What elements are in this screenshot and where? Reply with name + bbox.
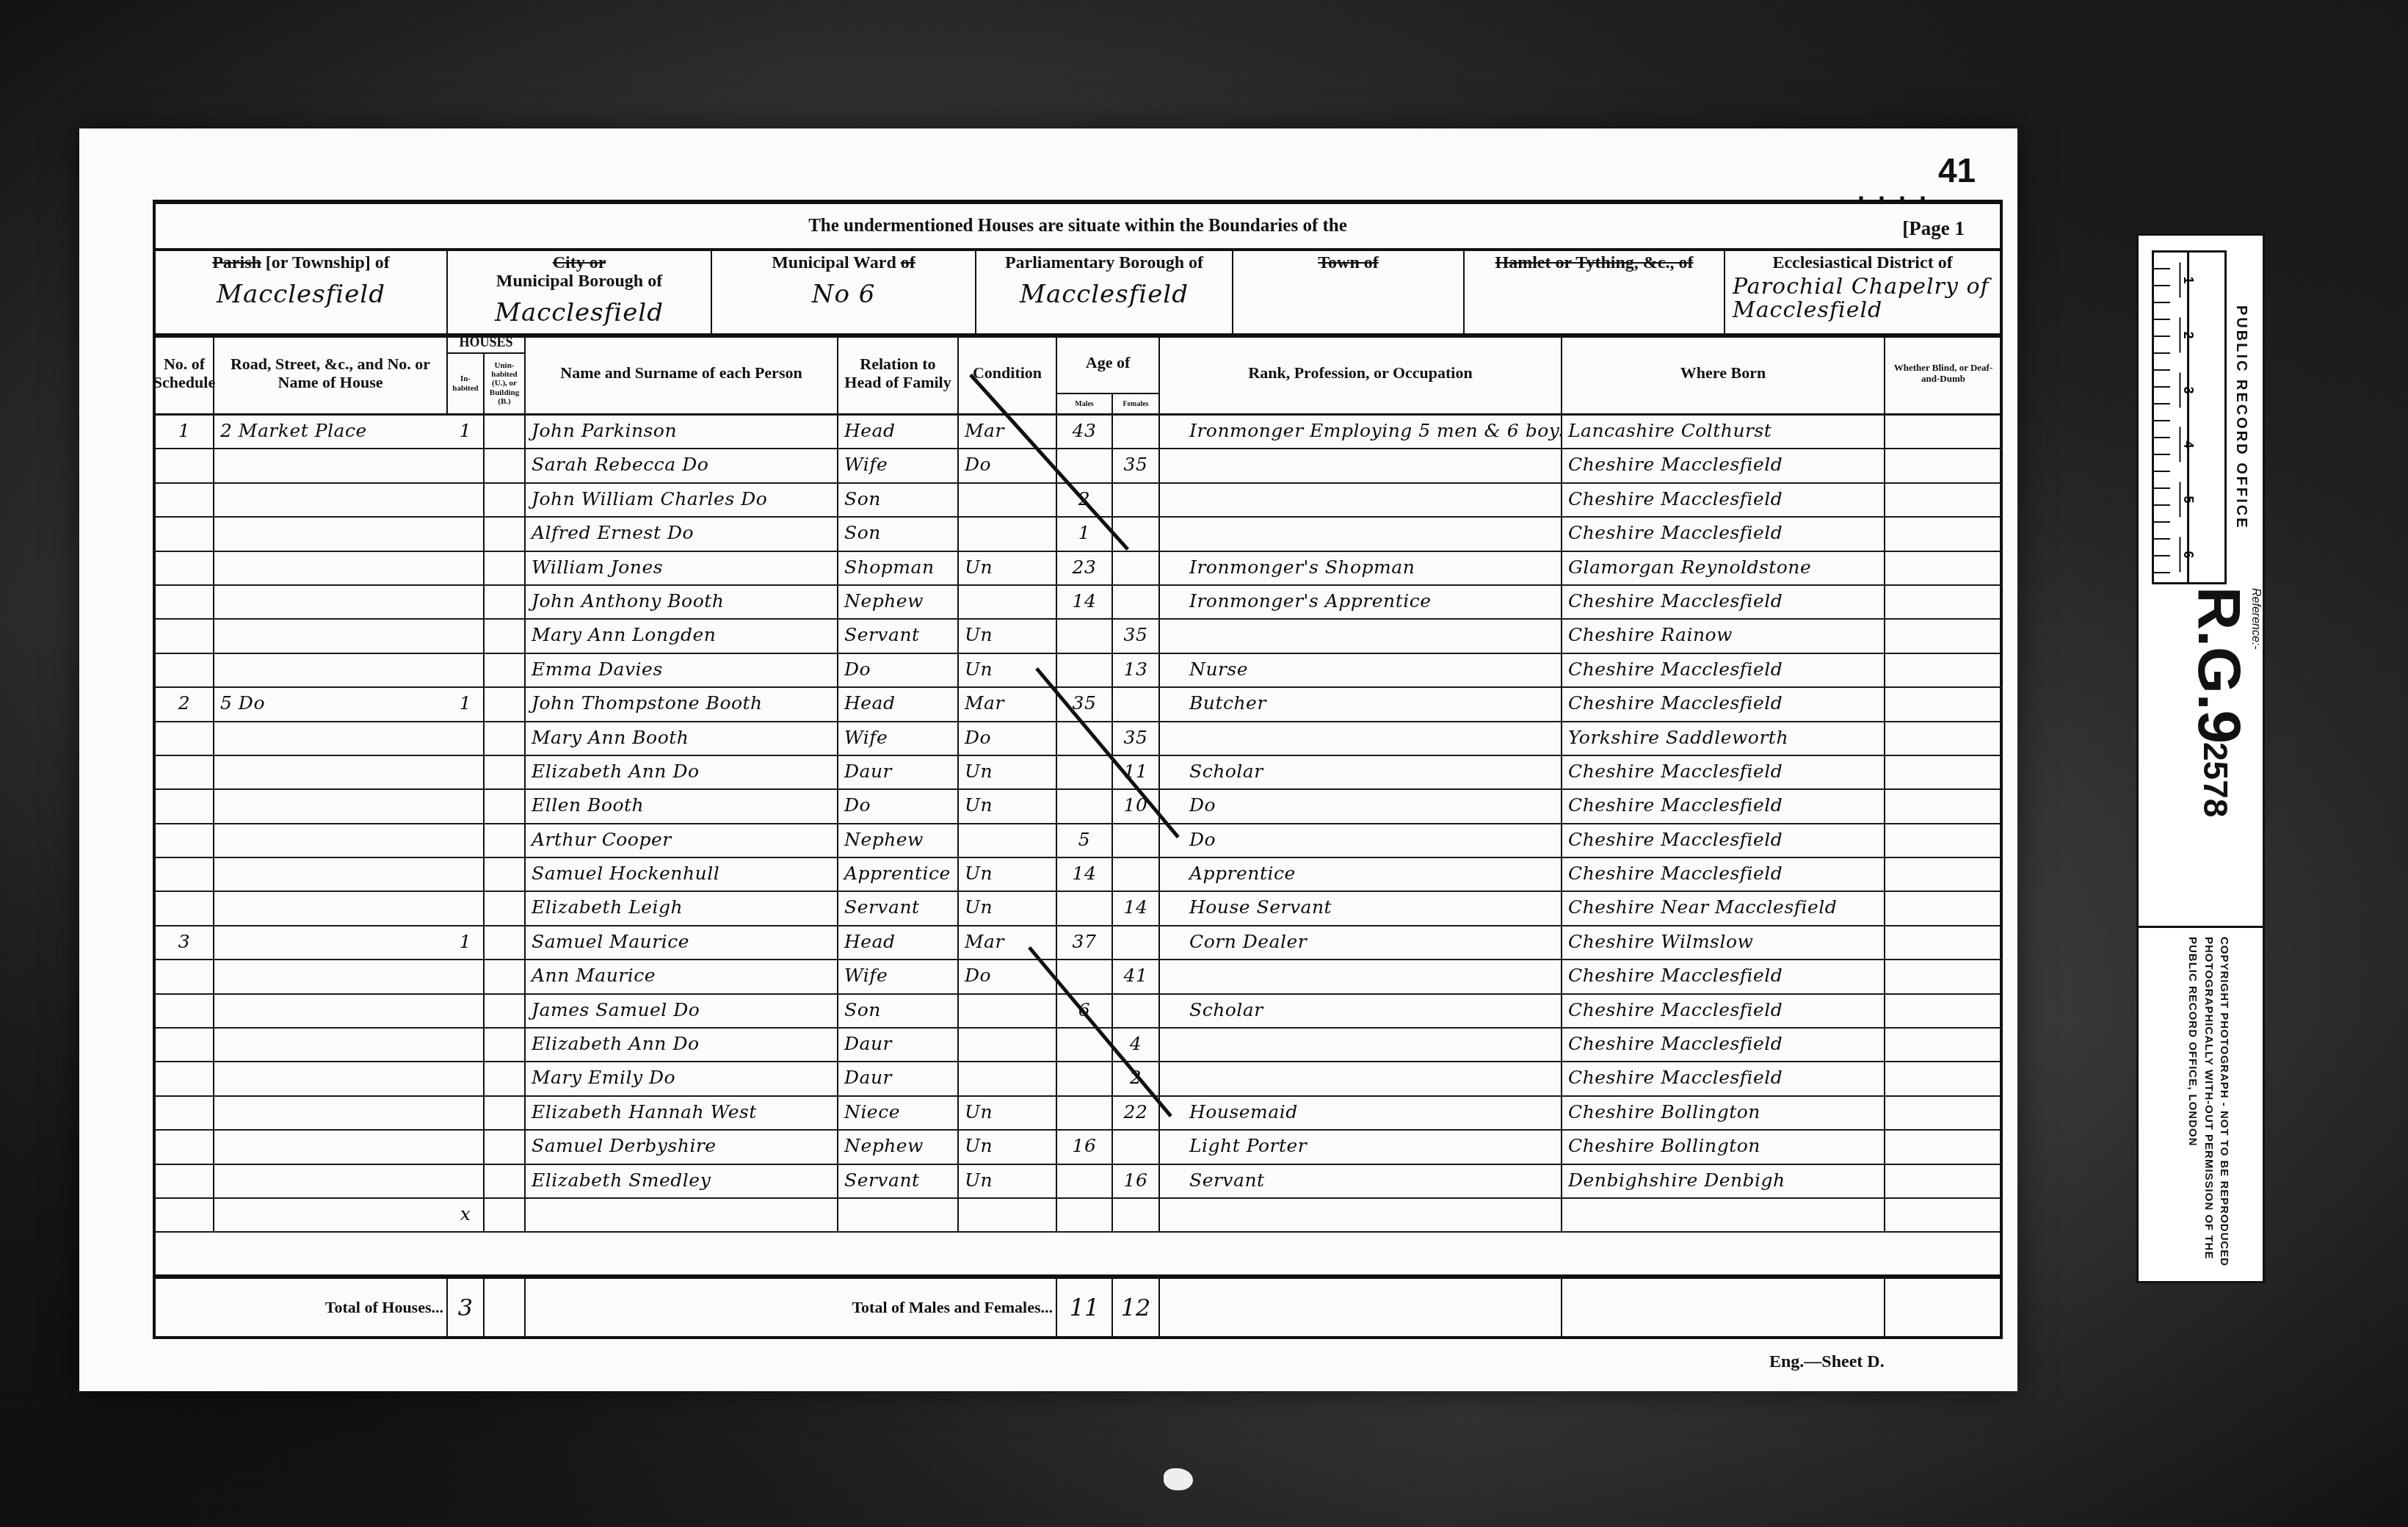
female-age-cell — [1113, 1131, 1160, 1164]
where-born-cell: Cheshire Bollington — [1562, 1097, 1885, 1131]
inhabited-cell — [448, 1062, 485, 1096]
inhabited-cell — [448, 484, 485, 518]
uninhabited-cell — [485, 960, 526, 994]
occupation-cell: Corn Dealer — [1160, 926, 1562, 960]
film-blemish — [1164, 1468, 1193, 1490]
female-age-cell — [1113, 824, 1160, 858]
relation-cell: Nephew — [838, 824, 959, 858]
municipal-borough-value: Macclesfield — [448, 298, 711, 327]
uninhabited-label: Unin-habited (U.), or Building (B.) — [485, 354, 524, 413]
female-age-cell — [1113, 926, 1160, 960]
occupation-cell — [1160, 1199, 1562, 1233]
occupation-cell: Scholar — [1160, 995, 1562, 1029]
occupation-cell: Ironmonger's Apprentice — [1160, 586, 1562, 620]
female-age-cell: 35 — [1113, 620, 1160, 653]
field-label: Ecclesiastical District of — [1725, 254, 2000, 272]
parish-value: Macclesfield — [156, 280, 446, 309]
road-cell — [214, 620, 448, 653]
where-born-cell: Cheshire Rainow — [1562, 620, 1885, 653]
relation-cell: Son — [838, 484, 959, 518]
relation-cell: Shopman — [838, 552, 959, 586]
occupation-cell: House Servant — [1160, 892, 1562, 926]
occupation-cell: Housemaid — [1160, 1097, 1562, 1131]
schedule-cell — [156, 552, 214, 586]
where-born-cell: Cheshire Near Macclesfield — [1562, 892, 1885, 926]
uninhabited-cell — [485, 1097, 526, 1131]
female-age-cell — [1113, 552, 1160, 586]
parliamentary-borough-field: Parliamentary Borough of Macclesfield — [976, 248, 1233, 333]
relation-cell: Nephew — [838, 1131, 959, 1164]
occupation-cell: Do — [1160, 790, 1562, 824]
infirmity-cell — [1885, 484, 2003, 518]
road-cell — [214, 926, 448, 960]
road-cell — [214, 654, 448, 688]
col-header-age: Age of Males Females — [1057, 333, 1160, 416]
boundaries-banner: The undermentioned Houses are situate wi… — [156, 204, 2000, 251]
name-cell: John Thompstone Booth — [526, 688, 838, 722]
name-cell: Mary Emily Do — [526, 1062, 838, 1096]
inhabited-cell — [448, 756, 485, 790]
female-age-cell: 35 — [1113, 722, 1160, 756]
name-cell: Elizabeth Leigh — [526, 892, 838, 926]
where-born-cell: Cheshire Macclesfield — [1562, 824, 1885, 858]
town-field: Town of — [1233, 248, 1465, 333]
name-cell: James Samuel Do — [526, 995, 838, 1029]
relation-cell: Daur — [838, 1062, 959, 1096]
female-age-cell — [1113, 586, 1160, 620]
uninhabited-cell — [485, 552, 526, 586]
schedule-cell — [156, 1165, 214, 1199]
infirmity-cell — [1885, 1097, 2003, 1131]
road-cell: 2 Market Place — [214, 416, 448, 449]
infirmity-cell — [1885, 995, 2003, 1029]
relation-cell: Apprentice — [838, 858, 959, 892]
infirmity-cell — [1885, 449, 2003, 483]
females-label: Females — [1113, 394, 1158, 413]
female-age-cell — [1113, 688, 1160, 722]
totals-row: Total of Houses... 3 Total of Males and … — [156, 1274, 2000, 1336]
relation-cell: Head — [838, 416, 959, 449]
relation-cell: Do — [838, 654, 959, 688]
relation-cell: Son — [838, 518, 959, 551]
where-born-cell: Denbighshire Denbigh — [1562, 1165, 1885, 1199]
schedule-cell: 2 — [156, 688, 214, 722]
condition-cell — [959, 824, 1057, 858]
infirmity-cell — [1885, 1029, 2003, 1062]
inhabited-cell — [448, 790, 485, 824]
where-born-cell: Cheshire Macclesfield — [1562, 518, 1885, 551]
infirmity-cell — [1885, 1199, 2003, 1233]
name-cell: Emma Davies — [526, 654, 838, 688]
struck-label: City or — [553, 253, 606, 272]
inhabited-cell — [448, 824, 485, 858]
uninhabited-cell — [485, 1131, 526, 1164]
schedule-cell — [156, 1131, 214, 1164]
name-cell: John Anthony Booth — [526, 586, 838, 620]
infirmity-cell — [1885, 824, 2003, 858]
male-age-cell — [1057, 756, 1113, 790]
where-born-cell: Cheshire Macclesfield — [1562, 858, 1885, 892]
name-cell: Ann Maurice — [526, 960, 838, 994]
occupation-cell — [1160, 1062, 1562, 1096]
municipal-ward-value: No 6 — [712, 280, 975, 309]
female-age-cell — [1113, 518, 1160, 551]
male-age-cell — [1057, 620, 1113, 653]
uninhabited-cell — [485, 654, 526, 688]
occupation-cell — [1160, 960, 1562, 994]
relation-cell: Servant — [838, 1165, 959, 1199]
ecclesiastical-district-field: Ecclesiastical District of Parochial Cha… — [1725, 248, 2000, 333]
relation-cell: Niece — [838, 1097, 959, 1131]
infirmity-cell — [1885, 722, 2003, 756]
infirmity-cell — [1885, 1165, 2003, 1199]
public-record-office-strip: 1 2 3 4 5 6 PUBLIC RECORD OFFICE Referen… — [2136, 233, 2265, 1283]
col-header-road: Road, Street, &c., and No. or Name of Ho… — [214, 333, 448, 416]
occupation-cell: Ironmonger Employing 5 men & 6 boys — [1160, 416, 1562, 449]
infirmity-cell — [1885, 654, 2003, 688]
inhabited-cell — [448, 995, 485, 1029]
male-age-cell — [1057, 1062, 1113, 1096]
copyright-notice: COPYRIGHT PHOTOGRAPH - NOT TO BE REPRODU… — [2184, 937, 2232, 1281]
inhabited-cell: x — [448, 1199, 485, 1233]
name-cell: Samuel Hockenhull — [526, 858, 838, 892]
page-label: [Page 1 — [1902, 217, 1965, 240]
uninhabited-cell — [485, 620, 526, 653]
where-born-cell: Cheshire Macclesfield — [1562, 756, 1885, 790]
occupation-cell — [1160, 484, 1562, 518]
female-age-cell — [1113, 484, 1160, 518]
male-age-cell — [1057, 790, 1113, 824]
infirmity-cell — [1885, 620, 2003, 653]
relation-cell: Do — [838, 790, 959, 824]
condition-cell: Un — [959, 654, 1057, 688]
col-header-houses: HOUSES In-habited Unin-habited (U.), or … — [448, 333, 526, 416]
name-cell: Alfred Ernest Do — [526, 518, 838, 551]
inhabited-cell — [448, 620, 485, 653]
road-cell — [214, 1062, 448, 1096]
condition-cell: Un — [959, 858, 1057, 892]
male-age-cell: 14 — [1057, 858, 1113, 892]
folio-number: 41 — [1938, 150, 1976, 190]
condition-cell: Mar — [959, 416, 1057, 449]
where-born-cell: Cheshire Macclesfield — [1562, 1062, 1885, 1096]
inhabited-cell — [448, 960, 485, 994]
struck-label: Hamlet or Tything, &c., of — [1465, 254, 1724, 272]
relation-cell: Daur — [838, 1029, 959, 1062]
name-cell: Arthur Cooper — [526, 824, 838, 858]
pro-title: PUBLIC RECORD OFFICE — [2233, 305, 2249, 530]
occupation-cell — [1160, 518, 1562, 551]
where-born-cell: Glamorgan Reynoldstone — [1562, 552, 1885, 586]
uninhabited-cell — [485, 518, 526, 551]
male-age-cell: 5 — [1057, 824, 1113, 858]
condition-cell: Un — [959, 790, 1057, 824]
where-born-cell: Cheshire Macclesfield — [1562, 688, 1885, 722]
road-cell: 5 Do — [214, 688, 448, 722]
condition-cell: Un — [959, 756, 1057, 790]
road-cell — [214, 484, 448, 518]
condition-cell — [959, 1029, 1057, 1062]
where-born-cell: Cheshire Macclesfield — [1562, 484, 1885, 518]
infirmity-cell — [1885, 960, 2003, 994]
inhabited-cell — [448, 892, 485, 926]
condition-cell: Mar — [959, 688, 1057, 722]
relation-cell: Head — [838, 688, 959, 722]
inhabited-cell — [448, 552, 485, 586]
schedule-cell — [156, 858, 214, 892]
scale-ruler — [2152, 250, 2187, 584]
uninhabited-cell — [485, 756, 526, 790]
female-age-cell: 14 — [1113, 892, 1160, 926]
condition-cell — [959, 1199, 1057, 1233]
female-age-cell: 35 — [1113, 449, 1160, 483]
infirmity-cell — [1885, 586, 2003, 620]
col-header-infirmity: Whether Blind, or Deaf-and-Dumb — [1885, 333, 2003, 416]
schedule-cell — [156, 518, 214, 551]
inhabited-cell: 1 — [448, 416, 485, 449]
name-cell — [526, 1199, 838, 1233]
uninhabited-cell — [485, 824, 526, 858]
household-table: No. of Schedule Road, Street, &c., and N… — [156, 333, 2000, 1233]
uninhabited-cell — [485, 688, 526, 722]
infirmity-cell — [1885, 892, 2003, 926]
infirmity-cell — [1885, 790, 2003, 824]
relation-cell: Wife — [838, 960, 959, 994]
condition-cell: Un — [959, 1131, 1057, 1164]
parish-field: Parish [or Township] of Macclesfield — [156, 248, 448, 333]
road-cell — [214, 1199, 448, 1233]
col-header-relation: Relation to Head of Family — [838, 333, 959, 416]
schedule-cell — [156, 756, 214, 790]
where-born-cell: Cheshire Macclesfield — [1562, 1029, 1885, 1062]
total-houses-value: 3 — [448, 1279, 485, 1336]
male-age-cell: 14 — [1057, 586, 1113, 620]
infirmity-cell — [1885, 552, 2003, 586]
occupation-cell — [1160, 620, 1562, 653]
where-born-cell: Cheshire Macclesfield — [1562, 586, 1885, 620]
col-header-condition: Condition — [959, 333, 1057, 416]
houses-label: HOUSES — [448, 333, 524, 354]
occupation-cell: Servant — [1160, 1165, 1562, 1199]
ruler-number: 6 — [2180, 537, 2235, 573]
col-header-name: Name and Surname of each Person — [526, 333, 838, 416]
inhabited-cell — [448, 518, 485, 551]
where-born-cell: Cheshire Macclesfield — [1562, 790, 1885, 824]
inhabited-cell — [448, 654, 485, 688]
infirmity-cell — [1885, 756, 2003, 790]
where-born-cell: Cheshire Bollington — [1562, 1131, 1885, 1164]
inhabited-cell: 1 — [448, 688, 485, 722]
males-label: Males — [1057, 394, 1113, 413]
name-cell: Elizabeth Ann Do — [526, 1029, 838, 1062]
uninhabited-cell — [485, 892, 526, 926]
occupation-cell: Scholar — [1160, 756, 1562, 790]
inhabited-cell — [448, 858, 485, 892]
ruler-number-box: 1 2 3 4 5 6 — [2187, 250, 2227, 584]
female-age-cell — [1113, 1199, 1160, 1233]
male-age-cell — [1057, 892, 1113, 926]
road-cell — [214, 995, 448, 1029]
road-cell — [214, 1097, 448, 1131]
relation-cell: Wife — [838, 722, 959, 756]
male-age-cell: 16 — [1057, 1131, 1113, 1164]
male-age-cell — [1057, 1097, 1113, 1131]
female-age-cell: 16 — [1113, 1165, 1160, 1199]
relation-cell: Head — [838, 926, 959, 960]
schedule-cell — [156, 449, 214, 483]
schedule-cell — [156, 722, 214, 756]
total-females-value: 12 — [1113, 1279, 1160, 1336]
road-cell — [214, 552, 448, 586]
field-label: Municipal Ward — [772, 253, 896, 272]
total-infirm-blank — [1885, 1279, 2003, 1336]
name-cell: John Parkinson — [526, 416, 838, 449]
road-cell — [214, 892, 448, 926]
female-age-cell: 22 — [1113, 1097, 1160, 1131]
uninhabited-cell — [485, 858, 526, 892]
road-cell — [214, 858, 448, 892]
female-age-cell: 13 — [1113, 654, 1160, 688]
where-born-cell: Lancashire Colthurst — [1562, 416, 1885, 449]
schedule-cell — [156, 586, 214, 620]
total-males-value: 11 — [1057, 1279, 1113, 1336]
schedule-cell — [156, 1029, 214, 1062]
schedule-cell — [156, 824, 214, 858]
struck-label: of — [901, 253, 915, 272]
condition-cell: Do — [959, 722, 1057, 756]
col-header-schedule: No. of Schedule — [156, 333, 214, 416]
name-cell: Mary Ann Longden — [526, 620, 838, 653]
name-cell: Mary Ann Booth — [526, 722, 838, 756]
name-cell: Ellen Booth — [526, 790, 838, 824]
occupation-cell: Nurse — [1160, 654, 1562, 688]
uninhabited-cell — [485, 926, 526, 960]
female-age-cell — [1113, 858, 1160, 892]
municipal-borough-field: City orMunicipal Borough of Macclesfield — [448, 248, 712, 333]
occupation-cell — [1160, 449, 1562, 483]
infirmity-cell — [1885, 416, 2003, 449]
infirmity-cell — [1885, 518, 2003, 551]
condition-cell: Un — [959, 1097, 1057, 1131]
uninhabited-cell — [485, 995, 526, 1029]
name-cell: Elizabeth Hannah West — [526, 1097, 838, 1131]
occupation-cell: Ironmonger's Shopman — [1160, 552, 1562, 586]
schedule-cell — [156, 620, 214, 653]
relation-cell: Son — [838, 995, 959, 1029]
schedule-cell — [156, 1097, 214, 1131]
field-label: Municipal Borough of — [496, 272, 662, 291]
relation-cell: Servant — [838, 892, 959, 926]
male-age-cell — [1057, 1165, 1113, 1199]
relation-cell: Wife — [838, 449, 959, 483]
road-cell — [214, 1131, 448, 1164]
uninhabited-cell — [485, 416, 526, 449]
ruler-number: 4 — [2180, 427, 2235, 463]
place-header-row: Parish [or Township] of Macclesfield Cit… — [156, 248, 2000, 338]
uninhabited-cell — [485, 1062, 526, 1096]
occupation-cell: Light Porter — [1160, 1131, 1562, 1164]
total-born-blank — [1562, 1279, 1885, 1336]
road-cell — [214, 518, 448, 551]
total-uninhabited — [485, 1279, 526, 1336]
uninhabited-cell — [485, 1029, 526, 1062]
inhabited-cell — [448, 1165, 485, 1199]
occupation-cell — [1160, 1029, 1562, 1062]
piece-number: 2578 — [2196, 742, 2235, 817]
relation-cell: Servant — [838, 620, 959, 653]
ruler-number: 1 — [2180, 262, 2235, 297]
where-born-cell: Cheshire Macclesfield — [1562, 960, 1885, 994]
schedule-cell — [156, 790, 214, 824]
road-cell — [214, 586, 448, 620]
inhabited-cell — [448, 722, 485, 756]
relation-cell — [838, 1199, 959, 1233]
condition-cell: Un — [959, 892, 1057, 926]
road-cell — [214, 756, 448, 790]
where-born-cell: Cheshire Macclesfield — [1562, 654, 1885, 688]
uninhabited-cell — [485, 586, 526, 620]
condition-cell: Mar — [959, 926, 1057, 960]
uninhabited-cell — [485, 484, 526, 518]
condition-cell: Un — [959, 552, 1057, 586]
schedule-cell — [156, 1199, 214, 1233]
uninhabited-cell — [485, 449, 526, 483]
condition-cell — [959, 586, 1057, 620]
field-label: Parliamentary Borough of — [976, 254, 1232, 272]
col-header-occupation: Rank, Profession, or Occupation — [1160, 333, 1562, 416]
name-cell: William Jones — [526, 552, 838, 586]
relation-cell: Daur — [838, 756, 959, 790]
name-cell: Elizabeth Ann Do — [526, 756, 838, 790]
schedule-cell — [156, 960, 214, 994]
road-cell — [214, 1029, 448, 1062]
infirmity-cell — [1885, 1131, 2003, 1164]
inhabited-cell — [448, 1029, 485, 1062]
uninhabited-cell — [485, 790, 526, 824]
female-age-cell: 41 — [1113, 960, 1160, 994]
field-label: [or Township] of — [266, 253, 390, 272]
condition-cell: Un — [959, 1165, 1057, 1199]
road-cell — [214, 960, 448, 994]
inhabited-cell — [448, 1131, 485, 1164]
municipal-ward-field: Municipal Ward of No 6 — [712, 248, 976, 333]
schedule-cell — [156, 654, 214, 688]
relation-cell: Nephew — [838, 586, 959, 620]
where-born-cell: Cheshire Macclesfield — [1562, 449, 1885, 483]
road-cell — [214, 790, 448, 824]
schedule-cell — [156, 1062, 214, 1096]
inhabited-cell — [448, 449, 485, 483]
schedule-cell — [156, 892, 214, 926]
where-born-cell — [1562, 1199, 1885, 1233]
reference-class: R.G.9 — [2188, 587, 2249, 744]
condition-cell — [959, 484, 1057, 518]
uninhabited-cell — [485, 1165, 526, 1199]
sheet-footer: Eng.—Sheet D. — [1769, 1352, 1885, 1372]
female-age-cell — [1113, 416, 1160, 449]
inhabited-cell — [448, 586, 485, 620]
occupation-cell: Do — [1160, 824, 1562, 858]
hamlet-field: Hamlet or Tything, &c., of — [1465, 248, 1725, 333]
infirmity-cell — [1885, 858, 2003, 892]
male-age-cell: 23 — [1057, 552, 1113, 586]
road-cell — [214, 824, 448, 858]
total-persons-label: Total of Males and Females... — [526, 1279, 1057, 1336]
road-cell — [214, 722, 448, 756]
inhabited-cell — [448, 1097, 485, 1131]
name-cell: Samuel Maurice — [526, 926, 838, 960]
schedule-cell: 1 — [156, 416, 214, 449]
